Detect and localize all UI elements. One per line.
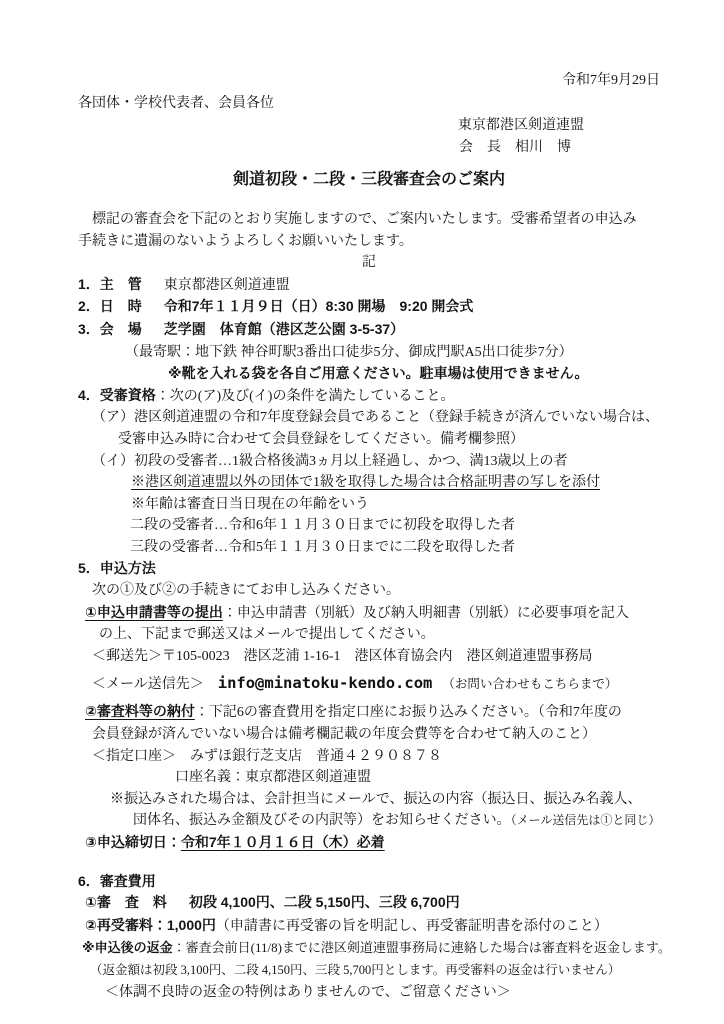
- item-fees-label: 6．審査費用: [78, 871, 660, 893]
- item-eligibility-text: ：次の(ア)及び(イ)の条件を満たしていること。: [156, 389, 455, 404]
- fee-line: ①審 査 料初段 4,100円、二段 5,150円、三段 6,700円: [78, 892, 660, 915]
- eligibility-a-line2: 受審申込み時に合わせて会員登録をしてください。備考欄参照）: [78, 429, 660, 451]
- item-datetime-value: 令和7年１１月９日（日）8:30 開場 9:20 開会式: [164, 298, 474, 314]
- application-step1: ①申込申請書等の提出：申込申請書（別紙）及び納入明細書（別紙）に必要事項を記入: [78, 602, 660, 625]
- refund-text: ：審査会前日(11/8)までに港区剣道連盟事務局に連絡した場合は審査料を返金しま…: [173, 940, 671, 955]
- item-datetime: 2．日 時令和7年１１月９日（日）8:30 開場 9:20 開会式: [78, 296, 660, 319]
- eligibility-a-line1: （ア）港区剣道連盟の令和7年度登録会員であること（登録手続きが済んでいない場合は…: [78, 407, 660, 429]
- eligibility-nidan: 二段の受審者…令和6年１１月３０日までに初段を取得した者: [78, 515, 660, 537]
- application-step3: ③申込締切日：令和7年１０月１６日（木）必着: [78, 832, 660, 855]
- item-venue-label: 3．会 場: [78, 321, 142, 337]
- venue-station-note: （最寄駅：地下鉄 神谷町駅3番出口徒歩5分、御成門駅A5出口徒歩7分）: [78, 342, 660, 364]
- refee-text: （申請書に再受審の旨を明記し、再受審証明書を添付のこと）: [216, 919, 608, 934]
- application-deadline: 令和7年１０月１６日（木）必着: [181, 834, 385, 850]
- document-title: 剣道初段・二段・三段審査会のご案内: [78, 169, 660, 191]
- eligibility-note-age: ※年齢は審査日当日現在の年齢をいう: [78, 494, 660, 516]
- item-host: 1．主 管東京都港区剣道連盟: [78, 274, 660, 297]
- item-venue-value: 芝学園 体育館（港区芝公園 3-5-37）: [164, 321, 404, 337]
- president-name: 会 長 相川 博: [78, 137, 660, 159]
- application-step2-cont: 会員登録が済んでいない場合は備考欄記載の年度会費等を合わせて納入のこと）: [78, 724, 660, 746]
- document-page: 令和7年9月29日 各団体・学校代表者、会員各位 東京都港区剣道連盟 会 長 相…: [0, 0, 724, 1024]
- intro-line-2: 手続きに遺漏のないようよろしくお願いいたします。: [78, 231, 660, 253]
- eligibility-note-certificate: ※港区剣道連盟以外の団体で1級を取得した場合は合格証明書の写しを添付: [78, 472, 660, 494]
- intro-line-1: 標記の審査会を下記のとおり実施しますので、ご案内いたします。受審希望者の申込み: [78, 209, 660, 231]
- refund-label: ※申込後の返金: [82, 940, 173, 955]
- item-datetime-label: 2．日 時: [78, 298, 142, 314]
- health-note: ＜体調不良時の返金の特例はありませんので、ご留意ください＞: [78, 982, 660, 1004]
- refund-detail: （返金額は初段 3,100円、二段 4,150円、三段 5,700円とします。再…: [78, 960, 660, 982]
- fee-label: ①審 査 料: [85, 894, 167, 910]
- mail-address: info@minatoku-kendo.com: [218, 674, 433, 692]
- transfer-note-1: ※振込みされた場合は、会計担当にメールで、振込の内容（振込日、振込み名義人、: [78, 789, 660, 811]
- item-application-label: 5．申込方法: [78, 558, 660, 580]
- mail-note: （お問い合わせもこちらまで）: [442, 677, 617, 691]
- refee-line: ②再受審料：1,000円（申請書に再受審の旨を明記し、再受審証明書を添付のこと）: [78, 915, 660, 938]
- addressee: 各団体・学校代表者、会員各位: [78, 93, 660, 115]
- application-step1-text: ：申込申請書（別紙）及び納入明細書（別紙）に必要事項を記入: [223, 606, 629, 621]
- application-intro: 次の①及び②の手続きにてお申し込みください。: [78, 580, 660, 602]
- transfer-note-2-text: 団体名、振込み金額及びその内訳等）をお知らせください。: [133, 813, 511, 828]
- transfer-note-2-small: （メール送信先は①と同じ）: [511, 813, 661, 827]
- application-step2: ②審査料等の納付：下記6の審査費用を指定口座にお振り込みください。（令和7年度の: [78, 701, 660, 724]
- postal-address: ＜郵送先＞〒105-0023 港区芝浦 1-16-1 港区体育協会内 港区剣道連…: [78, 646, 660, 668]
- item-eligibility: 4．受審資格：次の(ア)及び(イ)の条件を満たしていること。: [78, 385, 660, 408]
- refee-label: ②再受審料：1,000円: [85, 917, 216, 933]
- ki-mark: 記: [78, 252, 660, 274]
- org-name: 東京都港区剣道連盟: [78, 115, 660, 137]
- item-eligibility-label: 4．受審資格: [78, 387, 156, 403]
- item-host-value: 東京都港区剣道連盟: [164, 278, 290, 293]
- application-step3-label: ③申込締切日: [85, 834, 167, 850]
- venue-shoes-note: ※靴を入れる袋を各自ご用意ください。駐車場は使用できません。: [78, 363, 660, 385]
- transfer-note-2: 団体名、振込み金額及びその内訳等）をお知らせください。（メール送信先は①と同じ）: [78, 810, 660, 832]
- bank-account: ＜指定口座＞ みずほ銀行芝支店 普通４２９０８７８: [78, 746, 660, 768]
- item-venue: 3．会 場芝学園 体育館（港区芝公園 3-5-37）: [78, 319, 660, 342]
- issue-date: 令和7年9月29日: [78, 70, 660, 92]
- mail-label: ＜メール送信先＞: [92, 677, 204, 692]
- item-host-label: 1．主 管: [78, 276, 142, 292]
- eligibility-i-line: （イ）初段の受審者…1級合格後満3ヵ月以上経過し、かつ、満13歳以上の者: [78, 451, 660, 473]
- account-holder: 口座名義：東京都港区剣道連盟: [78, 767, 660, 789]
- application-step3-colon: ：: [167, 834, 181, 850]
- mail-line: ＜メール送信先＞info@minatoku-kendo.com（お問い合わせもこ…: [78, 671, 660, 697]
- application-step1-cont: の上、下記まで郵送又はメールで提出してください。: [78, 624, 660, 646]
- fee-values: 初段 4,100円、二段 5,150円、三段 6,700円: [189, 894, 460, 910]
- eligibility-sandan: 三段の受審者…令和5年１１月３０日までに二段を取得した者: [78, 537, 660, 559]
- application-step2-text: ：下記6の審査費用を指定口座にお振り込みください。（令和7年度の: [195, 705, 622, 720]
- application-step2-label: ②審査料等の納付: [85, 703, 195, 719]
- refund-line: ※申込後の返金：審査会前日(11/8)までに港区剣道連盟事務局に連絡した場合は審…: [78, 937, 660, 960]
- application-step1-label: ①申込申請書等の提出: [85, 604, 223, 620]
